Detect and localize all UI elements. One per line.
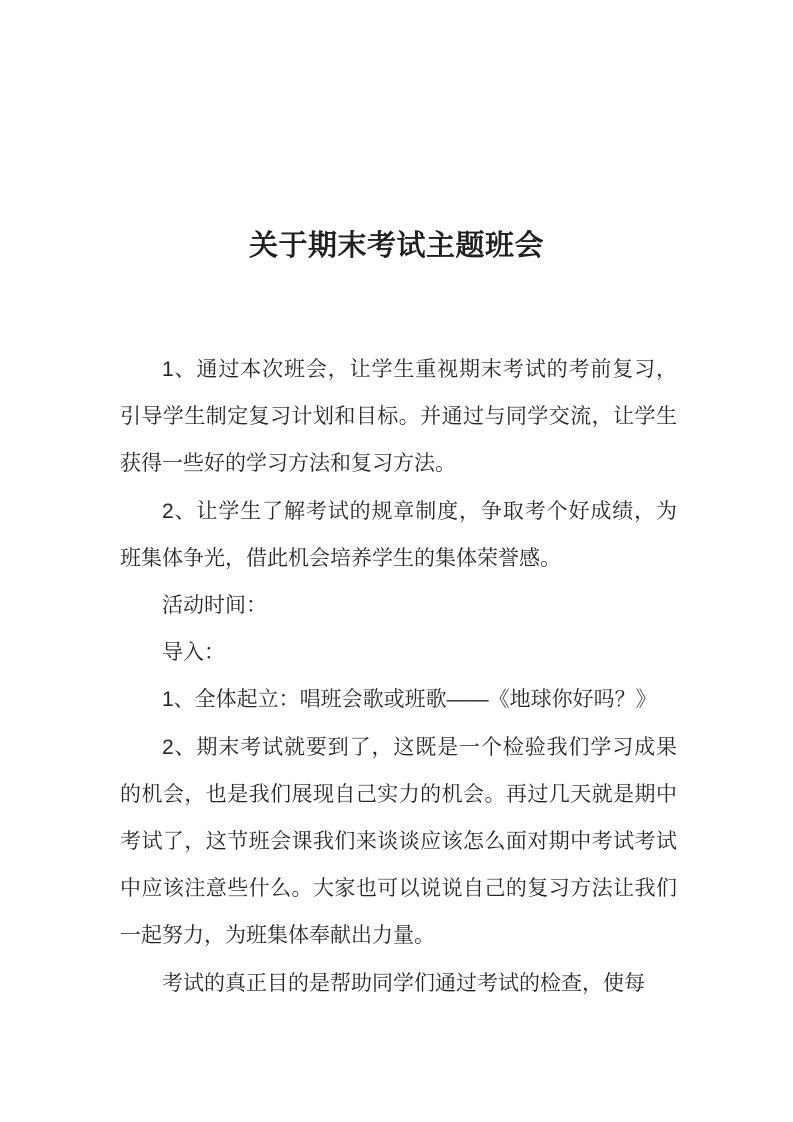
document-title: 关于期末考试主题班会	[0, 231, 793, 261]
document-page: 关于期末考试主题班会 1、通过本次班会，让学生重视期末考试的考前复习，引导学生制…	[0, 0, 793, 1122]
paragraph-intro-step-1: 1、全体起立：唱班会歌或班歌——《地球你好吗？》	[120, 676, 677, 723]
paragraph-exam-purpose: 考试的真正目的是帮助同学们通过考试的检查，使每	[120, 960, 677, 1007]
paragraph-intro-label: 导入：	[120, 629, 677, 676]
paragraph-goal-1: 1、通过本次班会，让学生重视期末考试的考前复习，引导学生制定复习计划和目标。并通…	[120, 346, 677, 488]
document-body: 1、通过本次班会，让学生重视期末考试的考前复习，引导学生制定复习计划和目标。并通…	[120, 346, 677, 1007]
paragraph-intro-step-2: 2、期末考试就要到了，这既是一个检验我们学习成果的机会，也是我们展现自己实力的机…	[120, 724, 677, 960]
paragraph-activity-time: 活动时间：	[120, 582, 677, 629]
paragraph-goal-2: 2、让学生了解考试的规章制度，争取考个好成绩，为班集体争光，借此机会培养学生的集…	[120, 488, 677, 582]
